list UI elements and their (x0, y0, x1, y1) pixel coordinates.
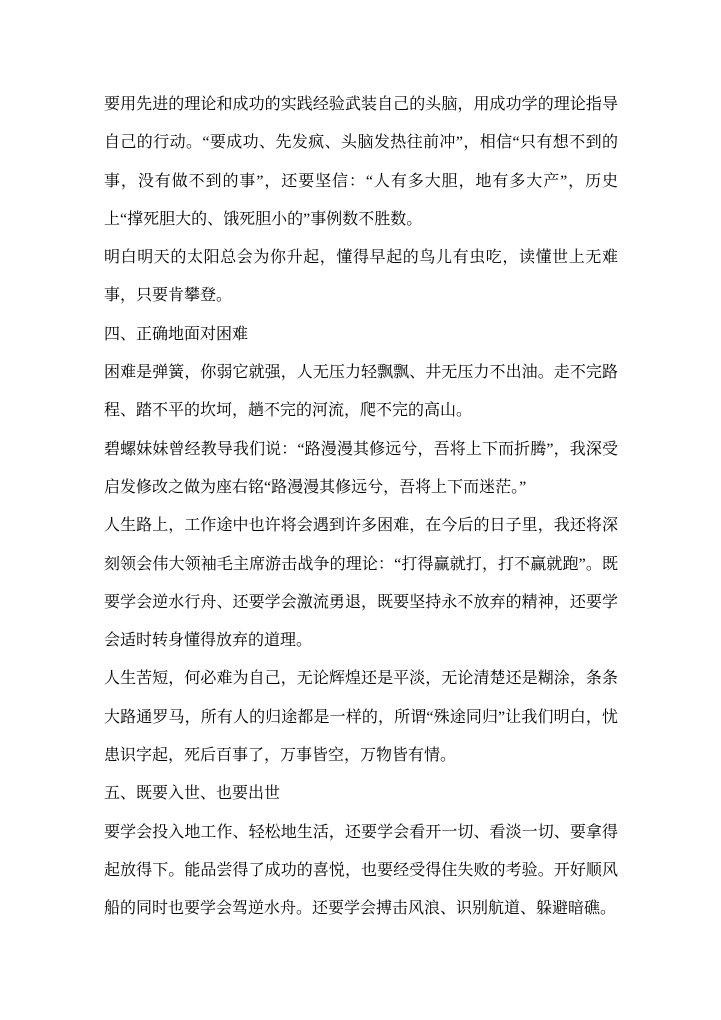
section-heading: 四、正确地面对困难 (104, 316, 618, 354)
body-paragraph: 要用先进的理论和成功的实践经验武装自己的头脑，用成功学的理论指导自己的行动。“要… (104, 86, 618, 239)
body-paragraph: 困难是弹簧，你弱它就强，人无压力轻飘飘、井无压力不出油。走不完路程、踏不平的坎坷… (104, 354, 618, 431)
body-paragraph: 明白明天的太阳总会为你升起，懂得早起的鸟儿有虫吃，读懂世上无难事，只要肯攀登。 (104, 239, 618, 316)
body-paragraph: 碧螺妹妹曾经教导我们说：“路漫漫其修远兮，吾将上下而折腾”，我深受启发修改之做为… (104, 431, 618, 508)
body-paragraph: 要学会投入地工作、轻松地生活，还要学会看开一切、看淡一切、要拿得起放得下。能品尝… (104, 814, 618, 929)
document-page: 要用先进的理论和成功的实践经验武装自己的头脑，用成功学的理论指导自己的行动。“要… (0, 0, 721, 1020)
section-heading: 五、既要入世、也要出世 (104, 775, 618, 813)
body-paragraph: 人生苦短，何必难为自己，无论辉煌还是平淡，无论清楚还是糊涂，条条大路通罗马，所有… (104, 660, 618, 775)
document-text-block: 要用先进的理论和成功的实践经验武装自己的头脑，用成功学的理论指导自己的行动。“要… (104, 86, 618, 929)
body-paragraph: 人生路上，工作途中也许将会遇到许多困难，在今后的日子里，我还将深刻领会伟大领袖毛… (104, 507, 618, 660)
